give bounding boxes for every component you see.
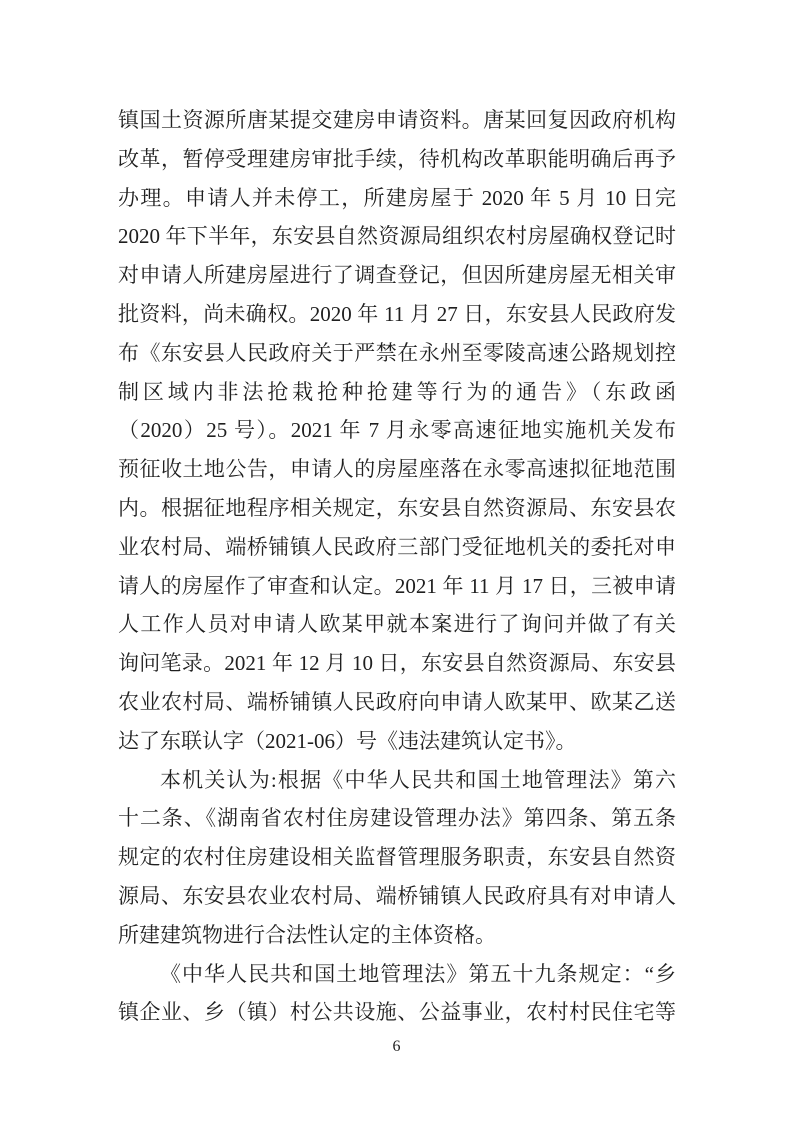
document-page: 镇国土资源所唐某提交建房申请资料。唐某回复因政府机构改革，暂停受理建房审批手续，… xyxy=(0,0,793,1122)
text-line: 所建建筑物进行合法性认定的主体资格。 xyxy=(118,916,676,955)
text-line: 业农村局、端桥铺镇人民政府三部门受征地机关的委托对申 xyxy=(118,528,676,567)
text-line: 办理。申请人并未停工，所建房屋于 2020 年 5 月 10 日完工。 xyxy=(118,179,676,218)
text-line: 询问笔录。2021 年 12 月 10 日，东安县自然资源局、东安县 xyxy=(118,644,676,683)
document-body: 镇国土资源所唐某提交建房申请资料。唐某回复因政府机构改革，暂停受理建房审批手续，… xyxy=(118,101,676,1032)
text-line: 达了东联认字（2021-06）号《违法建筑认定书》。 xyxy=(118,722,676,761)
text-line: 预征收土地公告，申请人的房屋座落在永零高速拟征地范围 xyxy=(118,450,676,489)
text-line: 对申请人所建房屋进行了调查登记，但因所建房屋无相关审 xyxy=(118,256,676,295)
text-line: 源局、东安县农业农村局、端桥铺镇人民政府具有对申请人 xyxy=(118,877,676,916)
text-line: 镇企业、乡（镇）村公共设施、公益事业，农村村民住宅等 xyxy=(118,993,676,1032)
text-line: 农业农村局、端桥铺镇人民政府向申请人欧某甲、欧某乙送 xyxy=(118,683,676,722)
text-line: 改革，暂停受理建房审批手续，待机构改革职能明确后再予 xyxy=(118,140,676,179)
page-number: 6 xyxy=(0,1038,793,1056)
text-line: 十二条、《湖南省农村住房建设管理办法》第四条、第五条 xyxy=(118,799,676,838)
text-line: 批资料，尚未确权。2020 年 11 月 27 日，东安县人民政府发 xyxy=(118,295,676,334)
text-line: 内。根据征地程序相关规定，东安县自然资源局、东安县农 xyxy=(118,489,676,528)
text-line: 规定的农村住房建设相关监督管理服务职责，东安县自然资 xyxy=(118,838,676,877)
text-line: 人工作人员对申请人欧某甲就本案进行了询问并做了有关 xyxy=(118,605,676,644)
text-line: 2020 年下半年，东安县自然资源局组织农村房屋确权登记时 xyxy=(118,217,676,256)
text-line: （2020）25 号）。2021 年 7 月永零高速征地实施机关发布 xyxy=(118,411,676,450)
text-line: 《中华人民共和国土地管理法》第五十九条规定：“乡 xyxy=(118,955,676,994)
text-line: 请人的房屋作了审查和认定。2021 年 11 月 17 日，三被申请 xyxy=(118,567,676,606)
text-line: 布《东安县人民政府关于严禁在永州至零陵高速公路规划控 xyxy=(118,334,676,373)
text-line: 制区域内非法抢栽抢种抢建等行为的通告》（东政函 xyxy=(118,373,676,412)
text-line: 本机关认为:根据《中华人民共和国土地管理法》第六 xyxy=(118,761,676,800)
text-line: 镇国土资源所唐某提交建房申请资料。唐某回复因政府机构 xyxy=(118,101,676,140)
